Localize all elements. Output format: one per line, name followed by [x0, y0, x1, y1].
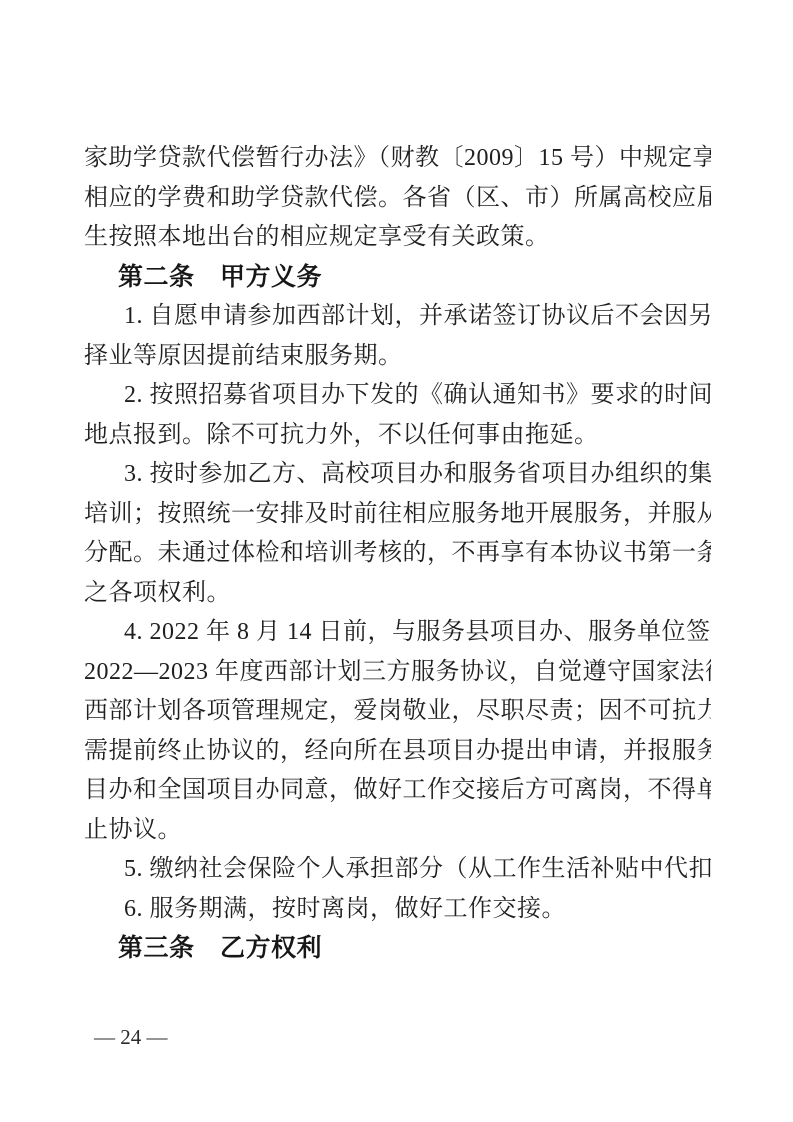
text-line: 择业等原因提前结束服务期。 [84, 337, 711, 377]
text-line: 2022—2023 年度西部计划三方服务协议，自觉遵守国家法律和 [84, 653, 711, 693]
document-body: 家助学贷款代偿暂行办法》（财教〔2009〕15 号）中规定享受 相应的学费和助学… [84, 139, 711, 969]
section-heading-3: 第三条 乙方权利 [84, 929, 711, 969]
text-line: 3. 按时参加乙方、高校项目办和服务省项目办组织的集中 [84, 455, 711, 495]
text-line: 地点报到。除不可抗力外，不以任何事由拖延。 [84, 416, 711, 456]
text-line: 相应的学费和助学贷款代偿。各省（区、市）所属高校应届毕业 [84, 179, 711, 219]
text-line: 2. 按照招募省项目办下发的《确认通知书》要求的时间和 [84, 376, 711, 416]
text-line: 之各项权利。 [84, 574, 711, 614]
text-line: 生按照本地出台的相应规定享受有关政策。 [84, 218, 711, 258]
text-line: 分配。未通过体检和培训考核的，不再享有本协议书第一条约定 [84, 534, 711, 574]
text-line: 1. 自愿申请参加西部计划，并承诺签订协议后不会因另行 [84, 297, 711, 337]
text-line: 止协议。 [84, 811, 711, 851]
text-line: 西部计划各项管理规定，爱岗敬业，尽职尽责；因不可抗力因素 [84, 692, 711, 732]
page-number: — 24 — [94, 1022, 168, 1052]
text-line: 5. 缴纳社会保险个人承担部分（从工作生活补贴中代扣）。 [84, 850, 711, 890]
text-line: 需提前终止协议的，经向所在县项目办提出申请，并报服务省项 [84, 732, 711, 772]
text-line: 培训；按照统一安排及时前往相应服务地开展服务，并服从岗位 [84, 495, 711, 535]
section-heading-2: 第二条 甲方义务 [84, 258, 711, 298]
text-line: 4. 2022 年 8 月 14 日前，与服务县项目办、服务单位签订 [84, 613, 711, 653]
text-line: 6. 服务期满，按时离岗，做好工作交接。 [84, 890, 711, 930]
text-line: 目办和全国项目办同意，做好工作交接后方可离岗，不得单方中 [84, 771, 711, 811]
document-page: 家助学贷款代偿暂行办法》（财教〔2009〕15 号）中规定享受 相应的学费和助学… [0, 0, 793, 1122]
text-line: 家助学贷款代偿暂行办法》（财教〔2009〕15 号）中规定享受 [84, 139, 711, 179]
